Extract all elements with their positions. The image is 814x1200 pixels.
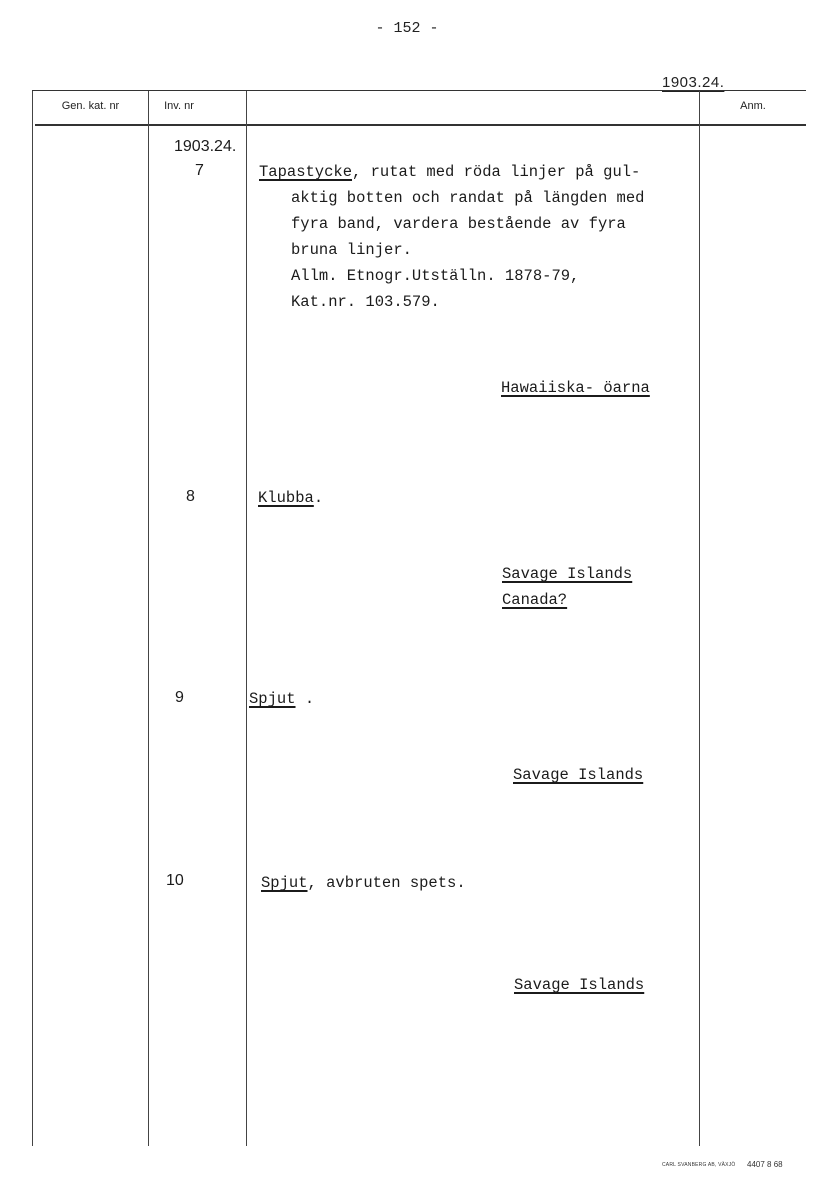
entry-origin: Savage Islands <box>502 562 632 587</box>
column-divider-gen-inv <box>148 91 149 1146</box>
entry-description-line: fyra band, vardera bestående av fyra <box>291 212 626 237</box>
inv-nr: 7 <box>195 162 204 180</box>
column-divider-left <box>32 91 33 1146</box>
entry-description-line: bruna linjer. <box>291 238 412 263</box>
inv-nr: 8 <box>186 488 195 506</box>
entry-origin: Canada? <box>502 588 567 613</box>
accession-number: 1903.24. <box>174 138 236 156</box>
page-number: - 152 - <box>0 20 814 37</box>
entry-origin: Savage Islands <box>514 973 644 998</box>
entry-origin: Hawaiiska- öarna <box>501 376 650 401</box>
entry-origin: Savage Islands <box>513 763 643 788</box>
header-inv-nr: Inv. nr <box>149 100 209 112</box>
entry-description: Tapastycke, rutat med röda linjer på gul… <box>259 160 640 185</box>
entry-title: Spjut <box>249 690 296 708</box>
form-code: 4407 8 68 <box>747 1160 783 1169</box>
entry-description-line: Allm. Etnogr.Utställn. 1878-79, <box>291 264 579 289</box>
header-gen-kat-nr: Gen. kat. nr <box>33 100 148 112</box>
header-anm: Anm. <box>700 100 806 112</box>
entry-title: Klubba <box>258 489 314 507</box>
entry-description-line: aktig botten och randat på längden med <box>291 186 644 211</box>
entry-description: Klubba. <box>258 486 323 511</box>
column-divider-inv-desc <box>246 91 247 1146</box>
entry-description: Spjut . <box>249 687 314 712</box>
printer-imprint: CARL SVANBERG AB, VÄXJÖ <box>662 1162 736 1168</box>
inv-nr: 9 <box>175 689 184 707</box>
column-divider-desc-anm <box>699 91 700 1146</box>
accession-header: 1903.24. <box>662 74 724 91</box>
entry-description-line: Kat.nr. 103.579. <box>291 290 440 315</box>
inv-nr: 10 <box>166 872 184 890</box>
entry-title: Spjut <box>261 874 308 892</box>
table-header-rule <box>35 124 806 126</box>
entry-title: Tapastycke <box>259 163 352 181</box>
entry-description: Spjut, avbruten spets. <box>261 871 466 896</box>
